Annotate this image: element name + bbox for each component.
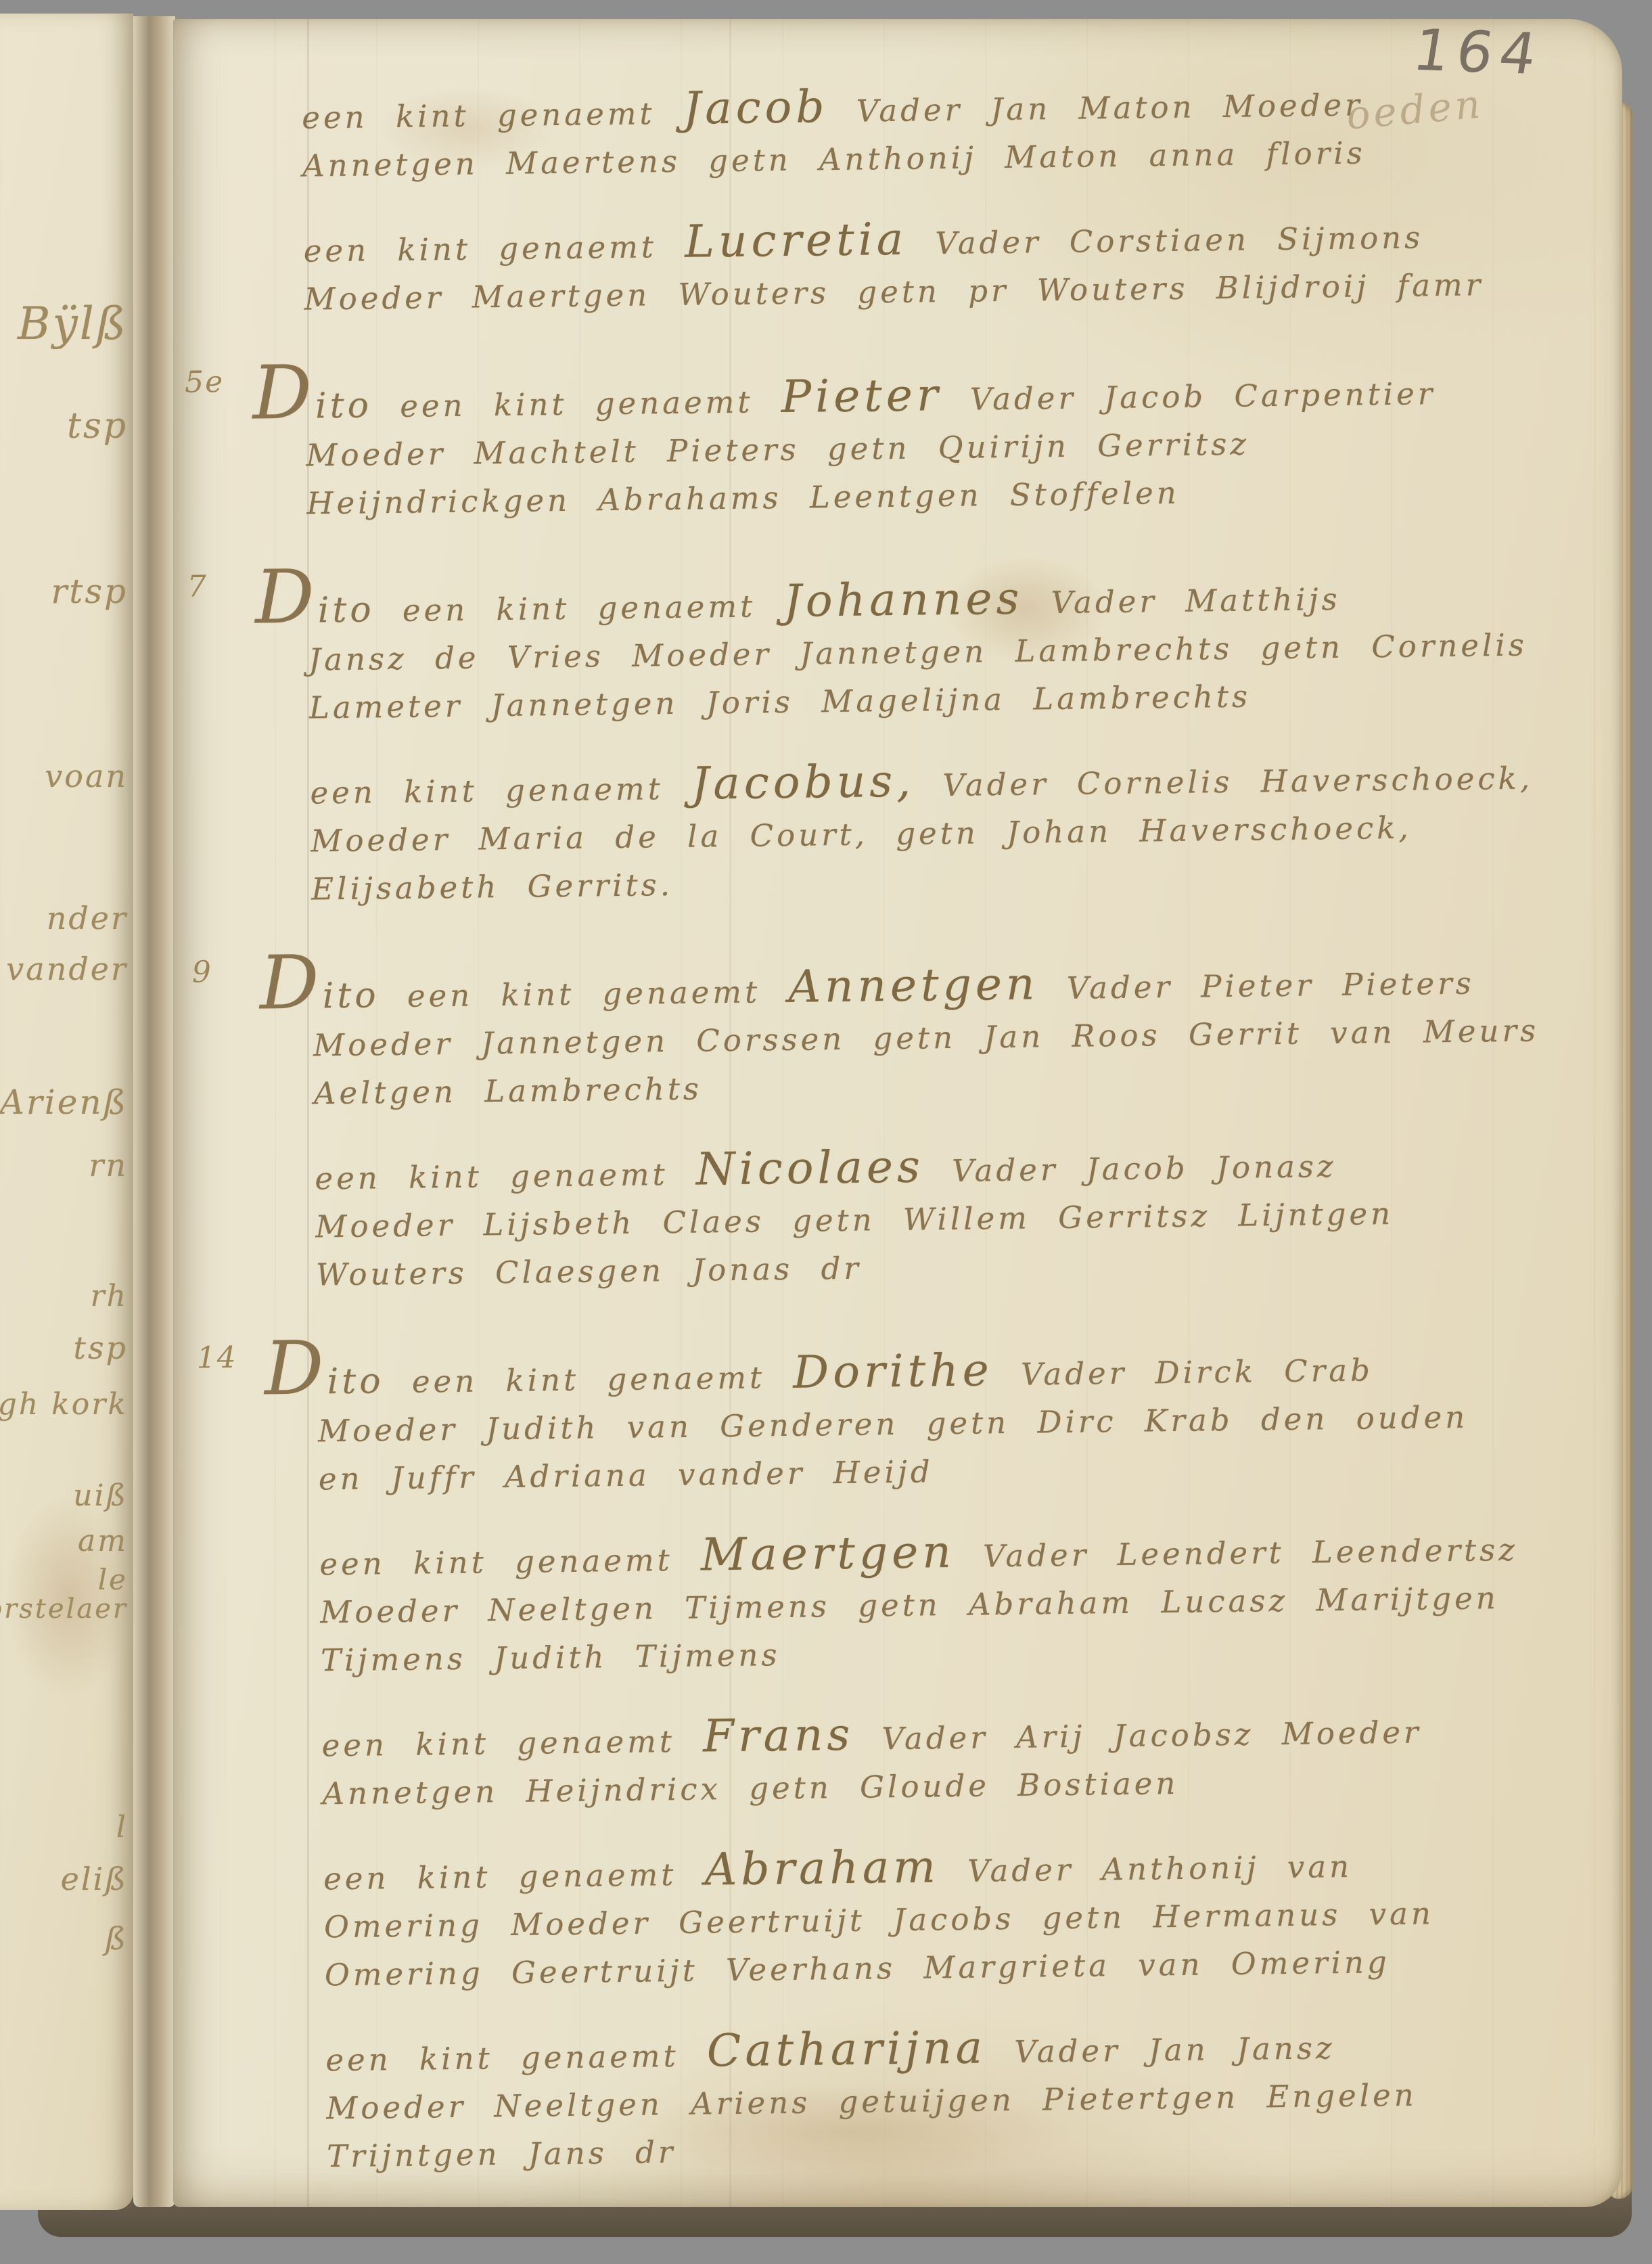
entry-prefix: een kint genaemt <box>302 95 656 135</box>
entry-number: 14 <box>196 1340 237 1376</box>
left-page-text-fragment: vander <box>6 951 128 987</box>
entry-number: 7 <box>187 569 208 604</box>
entry-prefix: een kint genaemt <box>315 1156 668 1196</box>
entry-text: Vader Jacob Carpentier <box>969 376 1436 417</box>
baptism-entry: 5e Dito een kint genaemt Pieter Vader Ja… <box>305 344 1579 528</box>
child-name: Dorithe <box>793 1344 993 1399</box>
dito-word: Dito <box>252 359 373 426</box>
left-page-text-fragment: rtsp <box>51 572 128 611</box>
child-name: Frans <box>703 1708 854 1763</box>
entry-number: 5e <box>185 365 225 400</box>
left-page-text-fragment: am <box>78 1524 128 1558</box>
entry-text: Vader Dirck Crab <box>1021 1352 1373 1392</box>
entry-text: Vader Jan Maton Moeder <box>856 87 1363 129</box>
left-page-text-fragment: ß <box>105 1920 128 1957</box>
entry-prefix: een kint genaemt <box>319 1542 673 1582</box>
baptism-entry: een kint genaemt Jacob Vader Jan Maton M… <box>302 78 1575 190</box>
book-gutter <box>133 16 175 2207</box>
baptism-entry: 9 Dito een kint genaemt Annetgen Vader P… <box>312 934 1586 1118</box>
baptism-entry: een kint genaemt Lucretia Vader Corstiae… <box>303 211 1576 323</box>
entry-text: Vader Cornelis Haverschoeck, <box>942 760 1533 803</box>
baptism-entry: 7 Dito een kint genaemt Johannes Vader M… <box>307 549 1581 732</box>
left-page-text-fragment: l <box>116 1810 128 1844</box>
entry-text: Vader Jan Jansz <box>1014 2030 1335 2070</box>
baptism-entry: een kint genaemt Catharijna Vader Jan Ja… <box>325 2020 1599 2180</box>
left-page-text-fragment: uiß <box>73 1478 128 1513</box>
dito-word: Dito <box>259 949 380 1016</box>
entry-prefix: een kint genaemt <box>407 974 761 1014</box>
left-page-text-fragment: voan <box>45 758 128 794</box>
entry-text: Vader Pieter Pieters <box>1066 966 1475 1006</box>
entry-prefix: een kint genaemt <box>325 2038 679 2078</box>
entry-text: Vader Arij Jacobsz Moeder <box>881 1715 1422 1757</box>
left-page-text-fragment: rh <box>91 1279 128 1313</box>
left-page-text-fragment: Bÿlß <box>18 298 128 350</box>
entry-text: Vader Jacob Jonasz <box>952 1148 1337 1189</box>
child-name: Abraham <box>704 1840 940 1895</box>
baptism-entry: een kint genaemt Jacobus, Vader Cornelis… <box>310 753 1583 913</box>
left-page-text-fragment: nder <box>47 900 128 936</box>
child-name: Jacob <box>683 81 829 135</box>
entry-text: Vader Anthonij van <box>967 1849 1353 1889</box>
baptism-entry: een kint genaemt Nicolaes Vader Jacob Jo… <box>315 1139 1588 1299</box>
entry-prefix: een kint genaemt <box>310 771 664 811</box>
baptism-entry: 14 Dito een kint genaemt Dorithe Vader D… <box>317 1319 1590 1503</box>
folio-number: 164 <box>1408 17 1548 87</box>
entry-prefix: een kint genaemt <box>412 1359 766 1399</box>
entry-number: 9 <box>191 955 212 989</box>
child-name: Johannes <box>783 572 1024 627</box>
dito-word: Dito <box>254 563 375 631</box>
dito-word: Dito <box>264 1334 384 1402</box>
entry-text: Vader Corstiaen Sijmons <box>935 219 1423 261</box>
left-page-text-fragment: le <box>98 1563 128 1596</box>
entry-prefix: een kint genaemt <box>400 384 754 424</box>
left-page-text-fragment: Arienß <box>0 1083 128 1122</box>
left-page-fragments: BÿlßtsprtspvoanndervanderArienßrnrhtspgh… <box>0 0 133 2264</box>
left-page-text-fragment: rn <box>89 1147 128 1183</box>
left-page-text-fragment: tsp <box>67 406 128 447</box>
entry-text: Vader Leendert Leendertsz <box>983 1532 1518 1575</box>
left-page-text-fragment: tsp <box>73 1330 128 1366</box>
entry-prefix: een kint genaemt <box>323 1857 677 1897</box>
left-page-text-fragment: eliß <box>61 1861 128 1897</box>
baptism-entry: een kint genaemt Maertgen Vader Leendert… <box>319 1524 1592 1684</box>
entry-text: Vader Matthijs <box>1051 581 1341 620</box>
left-page-text-fragment: gh kork <box>0 1387 128 1422</box>
left-page-text-fragment: borstelaer <box>0 1593 128 1625</box>
child-name: Pieter <box>781 369 942 423</box>
manuscript-photo: BÿlßtsprtspvoanndervanderArienßrnrhtspgh… <box>0 0 1652 2264</box>
child-name: Jacobus, <box>691 755 915 810</box>
baptism-entries: een kint genaemt Jacob Vader Jan Maton M… <box>302 78 1599 2217</box>
child-name: Annetgen <box>788 957 1039 1013</box>
entry-prefix: een kint genaemt <box>303 229 657 269</box>
child-name: Maertgen <box>700 1526 955 1581</box>
entry-prefix: een kint genaemt <box>403 588 756 628</box>
baptism-entry: een kint genaemt Frans Vader Arij Jacobs… <box>321 1705 1594 1817</box>
child-name: Lucretia <box>685 213 908 268</box>
child-name: Catharijna <box>706 2021 986 2077</box>
child-name: Nicolaes <box>695 1140 924 1195</box>
entry-prefix: een kint genaemt <box>321 1723 675 1763</box>
baptism-entry: een kint genaemt Abraham Vader Anthonij … <box>323 1838 1597 1999</box>
